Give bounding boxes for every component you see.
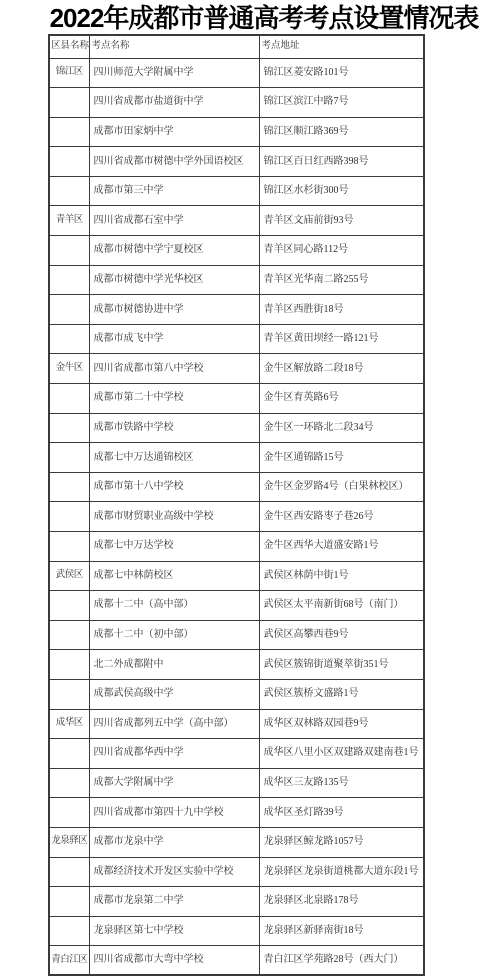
district-cell: 金牛区 <box>49 354 89 384</box>
table-row: 北二外成都附中武侯区簇锦街道聚萃街351号 <box>49 650 424 680</box>
address-cell: 金牛区金罗路4号（白果林校区） <box>259 472 424 502</box>
district-cell <box>49 443 89 473</box>
address-cell: 武侯区簇锦街道聚萃街351号 <box>259 650 424 680</box>
table-row: 青羊区四川省成都石室中学青羊区文庙前街93号 <box>49 206 424 236</box>
address-cell: 金牛区通锦路15号 <box>259 443 424 473</box>
table-row: 成都市树德协进中学青羊区西胜街18号 <box>49 295 424 325</box>
header-address: 考点地址 <box>259 35 424 58</box>
header-district: 区县名称 <box>49 35 89 58</box>
address-cell: 青羊区黄田坝经一路121号 <box>259 324 424 354</box>
table-row: 成都市树德中学光华校区青羊区光华南二路255号 <box>49 265 424 295</box>
school-cell: 四川省成都市树德中学外国语校区 <box>89 147 259 177</box>
district-cell <box>49 620 89 650</box>
table-row: 成都市成飞中学青羊区黄田坝经一路121号 <box>49 324 424 354</box>
school-cell: 四川省成都市大弯中学校 <box>89 946 259 976</box>
table-row: 四川省成都市第四十九中学校成华区圣灯路39号 <box>49 798 424 828</box>
address-cell: 成华区八里小区双建路双建南巷1号 <box>259 739 424 769</box>
district-cell: 武侯区 <box>49 561 89 591</box>
address-cell: 金牛区一环路北二段34号 <box>259 413 424 443</box>
district-cell <box>49 295 89 325</box>
table-row: 成都市龙泉第二中学龙泉驿区北泉路178号 <box>49 887 424 917</box>
district-cell <box>49 236 89 266</box>
school-cell: 成都市树德协进中学 <box>89 295 259 325</box>
table-row: 武侯区成都七中林荫校区武侯区林荫中街1号 <box>49 561 424 591</box>
address-cell: 锦江区水杉街300号 <box>259 176 424 206</box>
district-cell <box>49 413 89 443</box>
school-cell: 成都七中林荫校区 <box>89 561 259 591</box>
district-cell <box>49 265 89 295</box>
district-cell: 成华区 <box>49 709 89 739</box>
district-cell: 青羊区 <box>49 206 89 236</box>
district-cell: 龙泉驿区 <box>49 827 89 857</box>
school-cell: 成都十二中（初中部） <box>89 620 259 650</box>
address-cell: 青羊区西胜街18号 <box>259 295 424 325</box>
address-cell: 金牛区育英路6号 <box>259 384 424 414</box>
table-row: 成都市财贸职业高级中学校金牛区西安路枣子巷26号 <box>49 502 424 532</box>
address-cell: 青羊区文庙前街93号 <box>259 206 424 236</box>
district-cell <box>49 739 89 769</box>
address-cell: 锦江区顺江路369号 <box>259 117 424 147</box>
district-cell <box>49 147 89 177</box>
address-cell: 龙泉驿区鲸龙路1057号 <box>259 827 424 857</box>
school-cell: 四川省成都列五中学（高中部） <box>89 709 259 739</box>
table-row: 龙泉驿区成都市龙泉中学龙泉驿区鲸龙路1057号 <box>49 827 424 857</box>
district-cell <box>49 768 89 798</box>
table-row: 成都市第二十中学校金牛区育英路6号 <box>49 384 424 414</box>
district-cell <box>49 679 89 709</box>
school-cell: 成都市田家炳中学 <box>89 117 259 147</box>
table-row: 四川省成都华西中学成华区八里小区双建路双建南巷1号 <box>49 739 424 769</box>
school-cell: 成都市树德中学光华校区 <box>89 265 259 295</box>
address-cell: 成华区双林路双园巷9号 <box>259 709 424 739</box>
table-row: 龙泉驿区第七中学校龙泉驿区新驿南街18号 <box>49 916 424 946</box>
district-cell <box>49 650 89 680</box>
address-cell: 金牛区西华大道盛安路1号 <box>259 532 424 562</box>
school-cell: 成都十二中（高中部） <box>89 591 259 621</box>
address-cell: 青羊区光华南二路255号 <box>259 265 424 295</box>
address-cell: 锦江区百日红西路398号 <box>259 147 424 177</box>
address-cell: 武侯区簇桥文盛路1号 <box>259 679 424 709</box>
table-row: 青白江区四川省成都市大弯中学校青白江区学苑路28号（西大门） <box>49 946 424 976</box>
address-cell: 龙泉驿区新驿南街18号 <box>259 916 424 946</box>
school-cell: 四川省成都华西中学 <box>89 739 259 769</box>
school-cell: 北二外成都附中 <box>89 650 259 680</box>
school-cell: 成都市树德中学宁夏校区 <box>89 236 259 266</box>
school-cell: 四川省成都市盐道街中学 <box>89 88 259 118</box>
address-cell: 成华区三友路135号 <box>259 768 424 798</box>
address-cell: 青白江区学苑路28号（西大门） <box>259 946 424 976</box>
address-cell: 青羊区同心路112号 <box>259 236 424 266</box>
address-cell: 金牛区西安路枣子巷26号 <box>259 502 424 532</box>
district-cell <box>49 887 89 917</box>
table-row: 锦江区四川师范大学附属中学锦江区菱安路101号 <box>49 58 424 88</box>
school-cell: 成都市财贸职业高级中学校 <box>89 502 259 532</box>
table-row: 成都市田家炳中学锦江区顺江路369号 <box>49 117 424 147</box>
district-cell <box>49 324 89 354</box>
school-cell: 成都七中万达学校 <box>89 532 259 562</box>
table-body: 锦江区四川师范大学附属中学锦江区菱安路101号四川省成都市盐道街中学锦江区滨江中… <box>49 58 424 975</box>
address-cell: 锦江区滨江中路7号 <box>259 88 424 118</box>
district-cell <box>49 502 89 532</box>
table-row: 金牛区四川省成都市第八中学校金牛区解放路二段18号 <box>49 354 424 384</box>
table-row: 四川省成都市树德中学外国语校区锦江区百日红西路398号 <box>49 147 424 177</box>
district-cell: 青白江区 <box>49 946 89 976</box>
school-cell: 成都七中万达通锦校区 <box>89 443 259 473</box>
district-cell <box>49 798 89 828</box>
district-cell <box>49 88 89 118</box>
table-row: 成都市树德中学宁夏校区青羊区同心路112号 <box>49 236 424 266</box>
table-row: 成都经济技术开发区实验中学校龙泉驿区龙泉街道桃都大道东段1号 <box>49 857 424 887</box>
table-row: 成都七中万达学校金牛区西华大道盛安路1号 <box>49 532 424 562</box>
school-cell: 四川省成都市第四十九中学校 <box>89 798 259 828</box>
address-cell: 武侯区高攀西巷9号 <box>259 620 424 650</box>
address-cell: 金牛区解放路二段18号 <box>259 354 424 384</box>
header-row: 区县名称 考点名称 考点地址 <box>49 35 424 58</box>
school-cell: 成都市第三中学 <box>89 176 259 206</box>
header-school: 考点名称 <box>89 35 259 58</box>
table-row: 成都七中万达通锦校区金牛区通锦路15号 <box>49 443 424 473</box>
school-cell: 成都市龙泉第二中学 <box>89 887 259 917</box>
table-row: 成都市第三中学锦江区水杉街300号 <box>49 176 424 206</box>
table-row: 四川省成都市盐道街中学锦江区滨江中路7号 <box>49 88 424 118</box>
address-cell: 武侯区林荫中街1号 <box>259 561 424 591</box>
school-cell: 四川省成都石室中学 <box>89 206 259 236</box>
district-cell <box>49 916 89 946</box>
table-row: 成都十二中（初中部）武侯区高攀西巷9号 <box>49 620 424 650</box>
table-row: 成华区四川省成都列五中学（高中部）成华区双林路双园巷9号 <box>49 709 424 739</box>
school-cell: 龙泉驿区第七中学校 <box>89 916 259 946</box>
district-cell <box>49 117 89 147</box>
table-row: 成都市第十八中学校金牛区金罗路4号（白果林校区） <box>49 472 424 502</box>
district-cell: 锦江区 <box>49 58 89 88</box>
table-row: 成都市铁路中学校金牛区一环路北二段34号 <box>49 413 424 443</box>
school-cell: 四川省成都市第八中学校 <box>89 354 259 384</box>
district-cell <box>49 176 89 206</box>
address-cell: 成华区圣灯路39号 <box>259 798 424 828</box>
school-cell: 成都经济技术开发区实验中学校 <box>89 857 259 887</box>
district-cell <box>49 472 89 502</box>
district-cell <box>49 384 89 414</box>
address-cell: 龙泉驿区北泉路178号 <box>259 887 424 917</box>
school-cell: 成都市第二十中学校 <box>89 384 259 414</box>
school-cell: 成都武侯高级中学 <box>89 679 259 709</box>
page-title: 2022年成都市普通高考考点设置情况表 <box>0 5 500 32</box>
district-cell <box>49 857 89 887</box>
school-cell: 成都市铁路中学校 <box>89 413 259 443</box>
table-row: 成都大学附属中学成华区三友路135号 <box>49 768 424 798</box>
address-cell: 龙泉驿区龙泉街道桃都大道东段1号 <box>259 857 424 887</box>
school-cell: 成都市第十八中学校 <box>89 472 259 502</box>
table-row: 成都武侯高级中学武侯区簇桥文盛路1号 <box>49 679 424 709</box>
table-row: 成都十二中（高中部）武侯区太平南新街68号（南门） <box>49 591 424 621</box>
district-cell <box>49 591 89 621</box>
exam-site-table: 区县名称 考点名称 考点地址 锦江区四川师范大学附属中学锦江区菱安路101号四川… <box>48 34 425 976</box>
school-cell: 四川师范大学附属中学 <box>89 58 259 88</box>
school-cell: 成都大学附属中学 <box>89 768 259 798</box>
school-cell: 成都市龙泉中学 <box>89 827 259 857</box>
school-cell: 成都市成飞中学 <box>89 324 259 354</box>
address-cell: 锦江区菱安路101号 <box>259 58 424 88</box>
table-header: 区县名称 考点名称 考点地址 <box>49 35 424 58</box>
address-cell: 武侯区太平南新街68号（南门） <box>259 591 424 621</box>
district-cell <box>49 532 89 562</box>
